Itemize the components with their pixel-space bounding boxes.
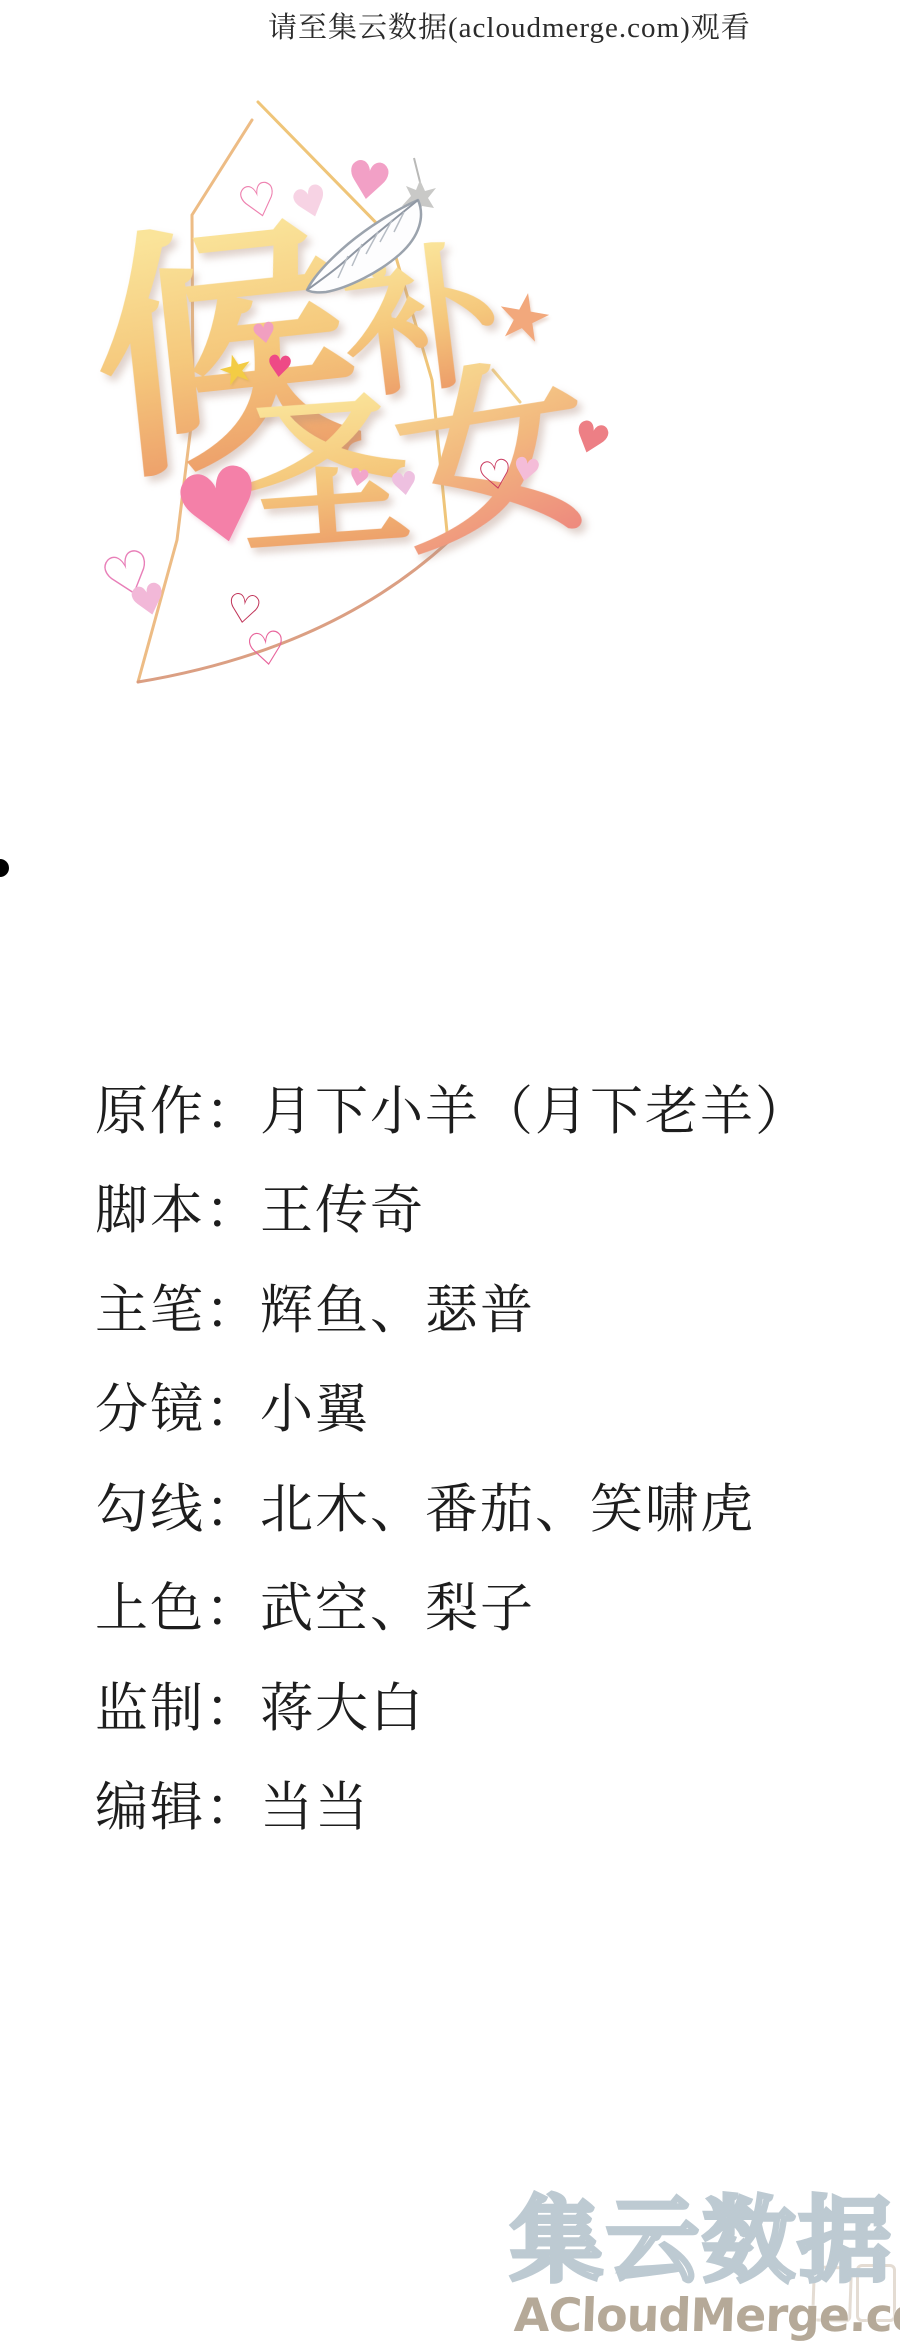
heart-icon: ♥ (509, 452, 543, 488)
credit-value: 王传奇 (260, 1168, 425, 1244)
star-icon: ★ (490, 282, 558, 355)
credit-colon: ： (205, 1367, 260, 1443)
credit-line-supervisor: 监制：蒋大白 (95, 1654, 810, 1754)
credit-colon: ： (205, 1467, 260, 1543)
credit-label: 主笔 (95, 1268, 205, 1344)
credit-value: 小翼 (260, 1367, 370, 1443)
heart-outline-icon: ♡ (243, 623, 290, 674)
heart-icon: ♥ (265, 352, 294, 384)
credit-label: 上色 (95, 1566, 205, 1642)
credit-colon: ： (205, 1168, 260, 1244)
heart-icon: ♥ (388, 466, 421, 502)
credit-label: 原作 (95, 1069, 205, 1145)
credit-colon: ： (205, 1069, 260, 1145)
credit-value: 北木、番茄、笑啸虎 (260, 1467, 755, 1543)
credit-label: 编辑 (95, 1765, 205, 1841)
credit-value: 月下小羊（月下老羊） (260, 1069, 810, 1145)
heart-icon: ♥ (250, 318, 280, 350)
credit-label: 脚本 (95, 1168, 205, 1244)
credit-line-storyboard: 分镜：小翼 (95, 1356, 810, 1456)
comic-credits-page: 请至集云数据(acloudmerge.com)观看 候 补 圣 女 ♡ ♥ ♥ … (0, 0, 900, 2340)
watermark-url: ACloudMerge.com (513, 2288, 900, 2340)
credit-label: 监制 (95, 1666, 205, 1742)
credit-colon: ： (205, 1666, 260, 1742)
credit-colon: ： (205, 1765, 260, 1841)
credits-list: 原作：月下小羊（月下老羊） 脚本：王传奇 主笔：辉鱼、瑟普 分镜：小翼 勾线：北… (95, 1057, 810, 1853)
credit-value: 当当 (260, 1765, 370, 1841)
credit-line-original-author: 原作：月下小羊（月下老羊） (95, 1057, 810, 1157)
watermark-cn: 集云数据 (510, 2190, 894, 2292)
credit-label: 分镜 (95, 1367, 205, 1443)
black-dot (0, 859, 9, 877)
credit-line-coloring: 上色：武空、梨子 (95, 1555, 810, 1655)
credit-line-lead-artist: 主笔：辉鱼、瑟普 (95, 1256, 810, 1356)
credit-label: 勾线 (95, 1467, 205, 1543)
credit-line-inking: 勾线：北木、番茄、笑啸虎 (95, 1455, 810, 1555)
credit-value: 辉鱼、瑟普 (260, 1268, 535, 1344)
credit-value: 武空、梨子 (260, 1566, 535, 1642)
credit-line-script: 脚本：王传奇 (95, 1157, 810, 1257)
credit-value: 蒋大白 (260, 1666, 425, 1742)
heart-icon: ♥ (342, 153, 395, 211)
credit-colon: ： (205, 1566, 260, 1642)
credit-colon: ： (205, 1268, 260, 1344)
credit-line-editor: 编辑：当当 (95, 1754, 810, 1854)
title-logo: 候 补 圣 女 ♡ ♥ ♥ ♥ ★ ♥ ★ ♥ ♥ ♥ ♡ ♥ ♥ ♡ ♥ ♡ … (0, 0, 900, 760)
